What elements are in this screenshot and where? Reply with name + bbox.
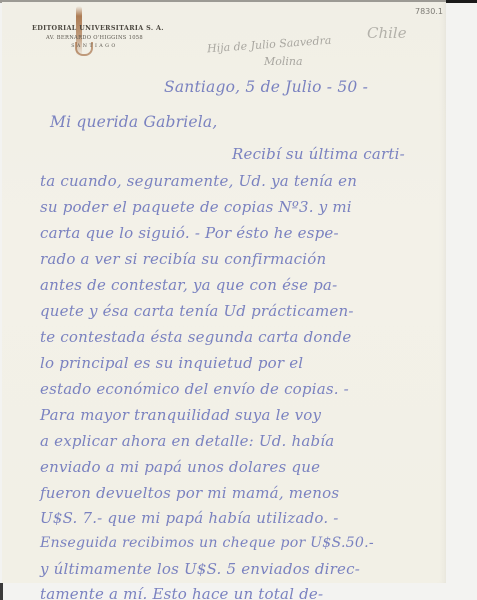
letter-line: tamente a mí. Esto hace un total de- (40, 585, 323, 600)
letterhead-city: SANTIAGO (32, 44, 157, 49)
letter-line: quete y ésa carta tenía Ud prácticamen- (40, 302, 354, 320)
letter-line: rado a ver si recibía su confirmación (40, 250, 326, 268)
letter-line: estado económico del envío de copias. - (40, 380, 349, 398)
letter-dateline: Santiago, 5 de Julio - 50 - (164, 78, 368, 96)
letter-line: carta que lo siguió. - Por ésto he espe- (40, 224, 339, 242)
letter-page: EDITORIAL UNIVERSITARIA S. A. AV. BERNAR… (2, 2, 446, 583)
archive-reference-number: 7830.1 (415, 7, 443, 16)
letter-line: enviado a mi papá unos dolares que (40, 458, 320, 476)
document-viewer: EDITORIAL UNIVERSITARIA S. A. AV. BERNAR… (0, 0, 477, 600)
letter-line: U$S. 7.- que mi papá había utilizado. - (40, 509, 339, 527)
letter-line: Enseguida recibimos un cheque por U$S.50… (40, 535, 374, 551)
letter-salutation: Mi querida Gabriela, (50, 113, 218, 131)
letterhead: EDITORIAL UNIVERSITARIA S. A. AV. BERNAR… (32, 24, 157, 49)
letterhead-name: EDITORIAL UNIVERSITARIA S. A. (32, 24, 157, 32)
letter-line: ta cuando, seguramente, Ud. ya tenía en (40, 172, 357, 190)
pencil-note-author-line-1: Hija de Julio Saavedra (207, 34, 332, 56)
letter-line: fueron devueltos por mi mamá, menos (40, 484, 339, 502)
letter-line: a explicar ahora en detalle: Ud. había (40, 432, 334, 450)
letter-line: lo principal es su inquietud por el (40, 354, 303, 372)
letter-line: Recibí su última carti- (232, 145, 405, 163)
pencil-note-country: Chile (367, 24, 407, 42)
letter-line: Para mayor tranquilidad suya le voy (40, 406, 321, 424)
letter-line: su poder el paquete de copias Nº3. y mi (40, 198, 352, 216)
pencil-note-author-line-2: Molina (264, 55, 303, 68)
letterhead-address: AV. BERNARDO O'HIGGINS 1058 (32, 35, 157, 41)
scan-edge-dark-corner (446, 0, 477, 3)
scan-edge-left (0, 583, 3, 600)
letter-line: te contestada ésta segunda carta donde (40, 328, 351, 346)
letter-line: antes de contestar, ya que con ése pa- (40, 276, 337, 294)
letter-line: y últimamente los U$S. 5 enviados direc- (40, 560, 360, 578)
